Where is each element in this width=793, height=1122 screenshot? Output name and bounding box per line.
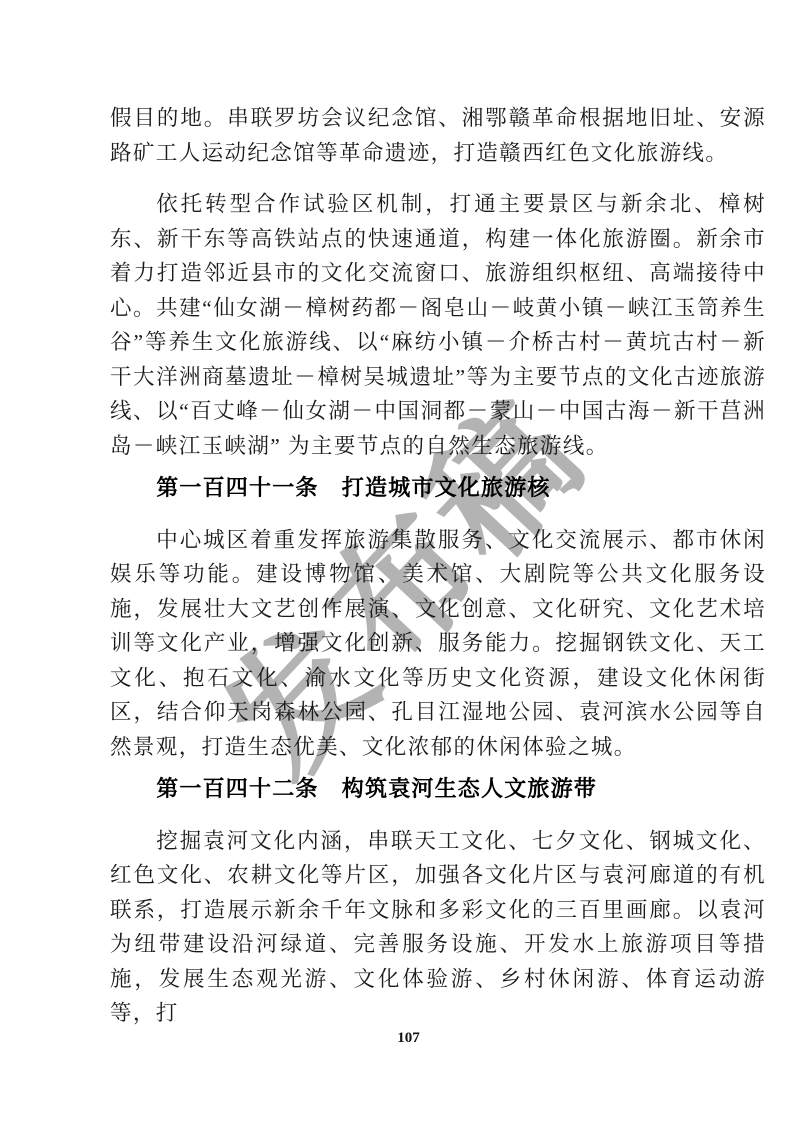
page-number: 107 (0, 1030, 793, 1047)
page-content: 假目的地。串联罗坊会议纪念馆、湘鄂赣革命根据地旧址、安源路矿工人运动纪念馆等革命… (110, 101, 766, 1048)
body-paragraph: 挖掘袁河文化内涵，串联天工文化、七夕文化、钢城文化、红色文化、农耕文化等片区，加… (110, 824, 766, 1031)
body-paragraph: 中心城区着重发挥旅游集散服务、文化交流展示、都市休闲娱乐等功能。建设博物馆、美术… (110, 523, 766, 765)
body-paragraph: 依托转型合作试验区机制，打通主要景区与新余北、樟树东、新干东等高铁站点的快速通道… (110, 187, 766, 463)
body-paragraph-continuation: 假目的地。串联罗坊会议纪念馆、湘鄂赣革命根据地旧址、安源路矿工人运动纪念馆等革命… (110, 101, 766, 170)
article-heading-141: 第一百四十一条 打造城市文化旅游核 (110, 471, 766, 506)
document-page: 发布稿 假目的地。串联罗坊会议纪念馆、湘鄂赣革命根据地旧址、安源路矿工人运动纪念… (0, 0, 793, 1122)
article-heading-142: 第一百四十二条 构筑袁河生态人文旅游带 (110, 772, 766, 807)
